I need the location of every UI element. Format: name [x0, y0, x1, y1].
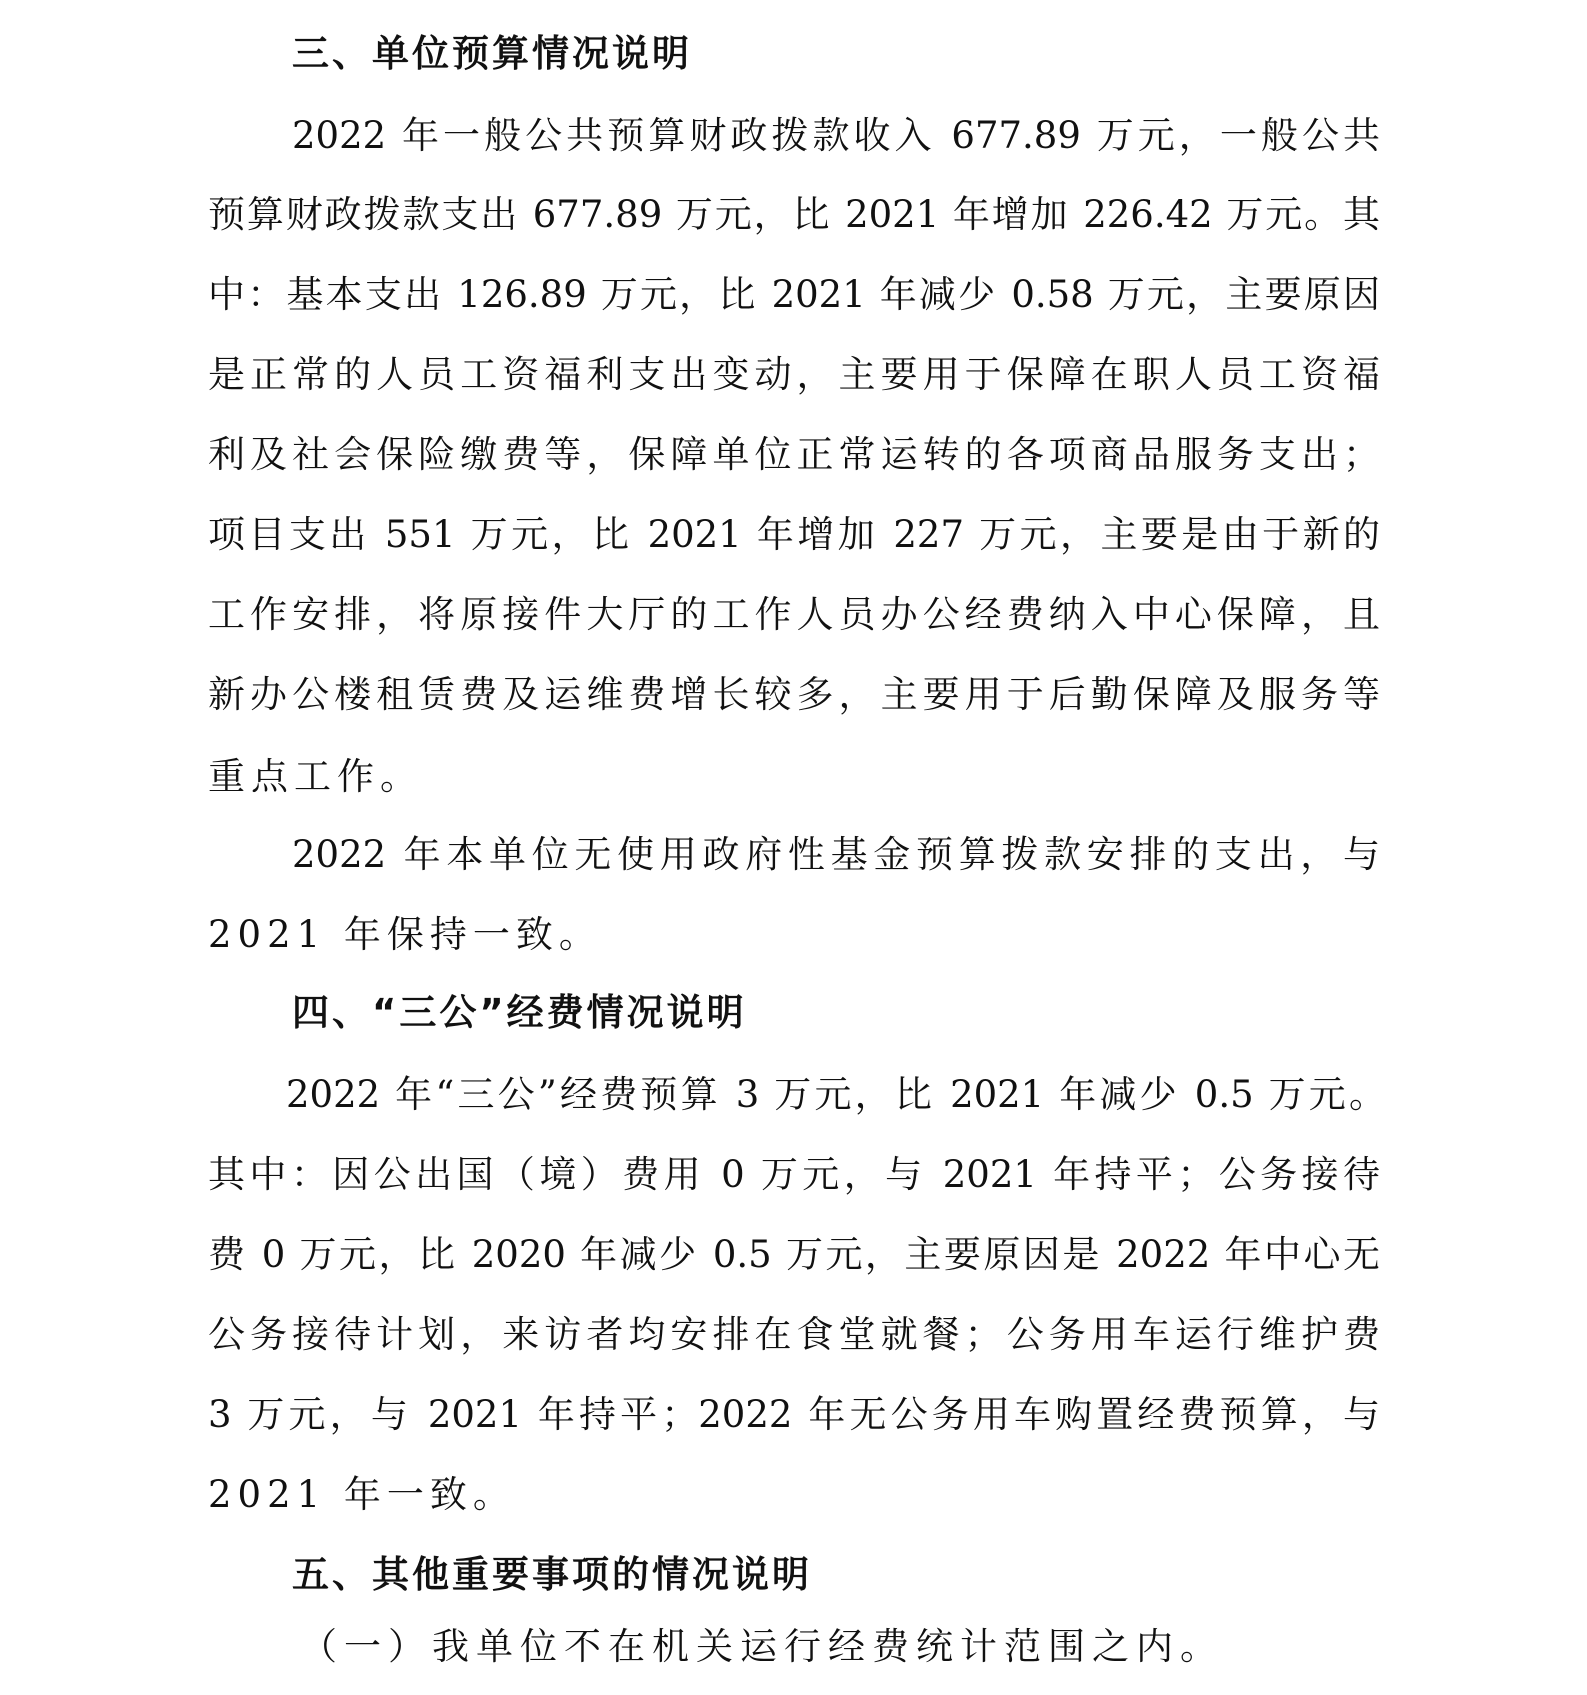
- section-heading-three-public-expenses: 四、“三公”经费情况说明: [292, 983, 747, 1043]
- paragraph-line: 2022 年一般公共预算财政拨款收入 677.89 万元，一般公共: [292, 106, 1380, 166]
- paragraph-line: 项目支出 551 万元，比 2021 年增加 227 万元，主要是由于新的: [208, 505, 1380, 565]
- paragraph-line: 3 万元，与 2021 年持平；2022 年无公务用车购置经费预算，与: [208, 1385, 1380, 1445]
- paragraph-line: 是正常的人员工资福利支出变动，主要用于保障在职人员工资福: [208, 345, 1380, 405]
- paragraph-line: 费 0 万元，比 2020 年减少 0.5 万元，主要原因是 2022 年中心无: [208, 1225, 1380, 1285]
- section-heading-other-matters: 五、其他重要事项的情况说明: [292, 1545, 812, 1605]
- list-item: （一）我单位不在机关运行经费统计范围之内。: [300, 1617, 1224, 1677]
- paragraph-line: 中：基本支出 126.89 万元，比 2021 年减少 0.58 万元，主要原因: [208, 265, 1380, 325]
- paragraph-line: 其中：因公出国（境）费用 0 万元，与 2021 年持平；公务接待: [208, 1145, 1380, 1205]
- document-page: 三、单位预算情况说明 2022 年一般公共预算财政拨款收入 677.89 万元，…: [0, 0, 1587, 1695]
- paragraph-line: 新办公楼租赁费及运维费增长较多，主要用于后勤保障及服务等: [208, 665, 1380, 725]
- section-heading-budget: 三、单位预算情况说明: [292, 24, 692, 84]
- paragraph-line: 2022 年本单位无使用政府性基金预算拨款安排的支出，与: [292, 825, 1380, 885]
- paragraph-line: 公务接待计划，来访者均安排在食堂就餐；公务用车运行维护费: [208, 1305, 1380, 1365]
- paragraph-line: 预算财政拨款支出 677.89 万元，比 2021 年增加 226.42 万元。…: [208, 185, 1380, 245]
- paragraph-line: 2021 年一致。: [208, 1465, 1380, 1525]
- paragraph-line: 2021 年保持一致。: [208, 905, 1380, 965]
- paragraph-line: 工作安排，将原接件大厅的工作人员办公经费纳入中心保障，且: [208, 585, 1380, 645]
- paragraph-line: 利及社会保险缴费等，保障单位正常运转的各项商品服务支出；: [208, 425, 1380, 485]
- paragraph-line: 2022 年“三公”经费预算 3 万元，比 2021 年减少 0.5 万元。: [286, 1065, 1386, 1125]
- paragraph-line: 重点工作。: [208, 747, 1380, 807]
